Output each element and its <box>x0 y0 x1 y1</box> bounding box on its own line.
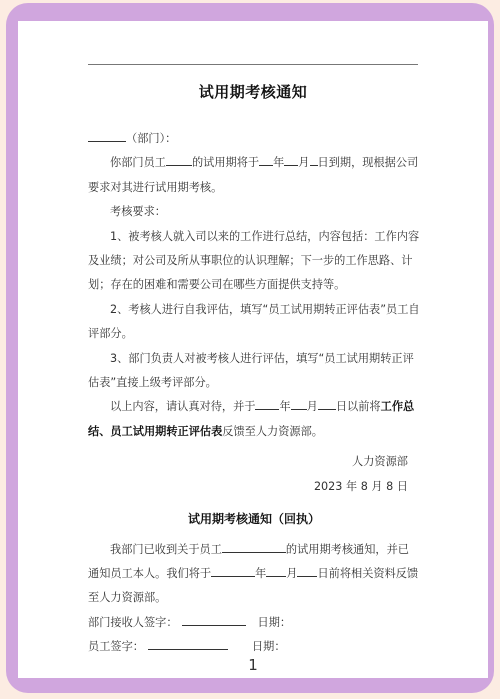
closing-paragraph: 以上内容，请认真对待，并于年月日以前将工作总结、员工试用期转正评估表反馈至人力资… <box>88 395 420 444</box>
employee-blank <box>166 154 192 166</box>
dept-signature-row: 部门接收人签字：日期： <box>88 611 420 635</box>
intro-paragraph: 你部门员工的试用期将于年月日到期，现根据公司要求对其进行试用期考核。 <box>88 151 420 200</box>
requirement-item: 1、被考核人就入司以来的工作进行总结，内容包括：工作内容及业绩；对公司及所从事职… <box>88 225 420 298</box>
dept-signature-blank <box>182 614 246 626</box>
requirement-item: 3、部门负责人对被考核人进行评估，填写“员工试用期转正评估表”直接上级考评部分。 <box>88 347 420 396</box>
document-page: 试用期考核通知 （部门）： 你部门员工的试用期将于年月日到期，现根据公司要求对其… <box>18 21 488 678</box>
receipt-employee-blank <box>222 541 286 553</box>
document-title: 试用期考核通知 <box>18 81 488 102</box>
salutation: （部门）： <box>88 127 420 151</box>
page-number: 1 <box>18 656 488 674</box>
receipt-paragraph: 我部门已收到关于员工的试用期考核通知，并已通知员工本人。我们将于年月日前将相关资… <box>88 538 420 611</box>
signature-dept: 人力资源部 <box>88 450 420 474</box>
header-rule <box>88 64 418 65</box>
requirements-label: 考核要求： <box>88 200 420 224</box>
signature-date: 2023 年 8 月 8 日 <box>88 475 420 499</box>
requirement-item: 2、考核人进行自我评估，填写“员工试用期转正评估表”员工自评部分。 <box>88 298 420 347</box>
receipt-title: 试用期考核通知（回执） <box>88 507 420 531</box>
employee-signature-blank <box>148 638 228 650</box>
document-body: （部门）： 你部门员工的试用期将于年月日到期，现根据公司要求对其进行试用期考核。… <box>88 127 420 660</box>
department-blank <box>88 130 126 142</box>
